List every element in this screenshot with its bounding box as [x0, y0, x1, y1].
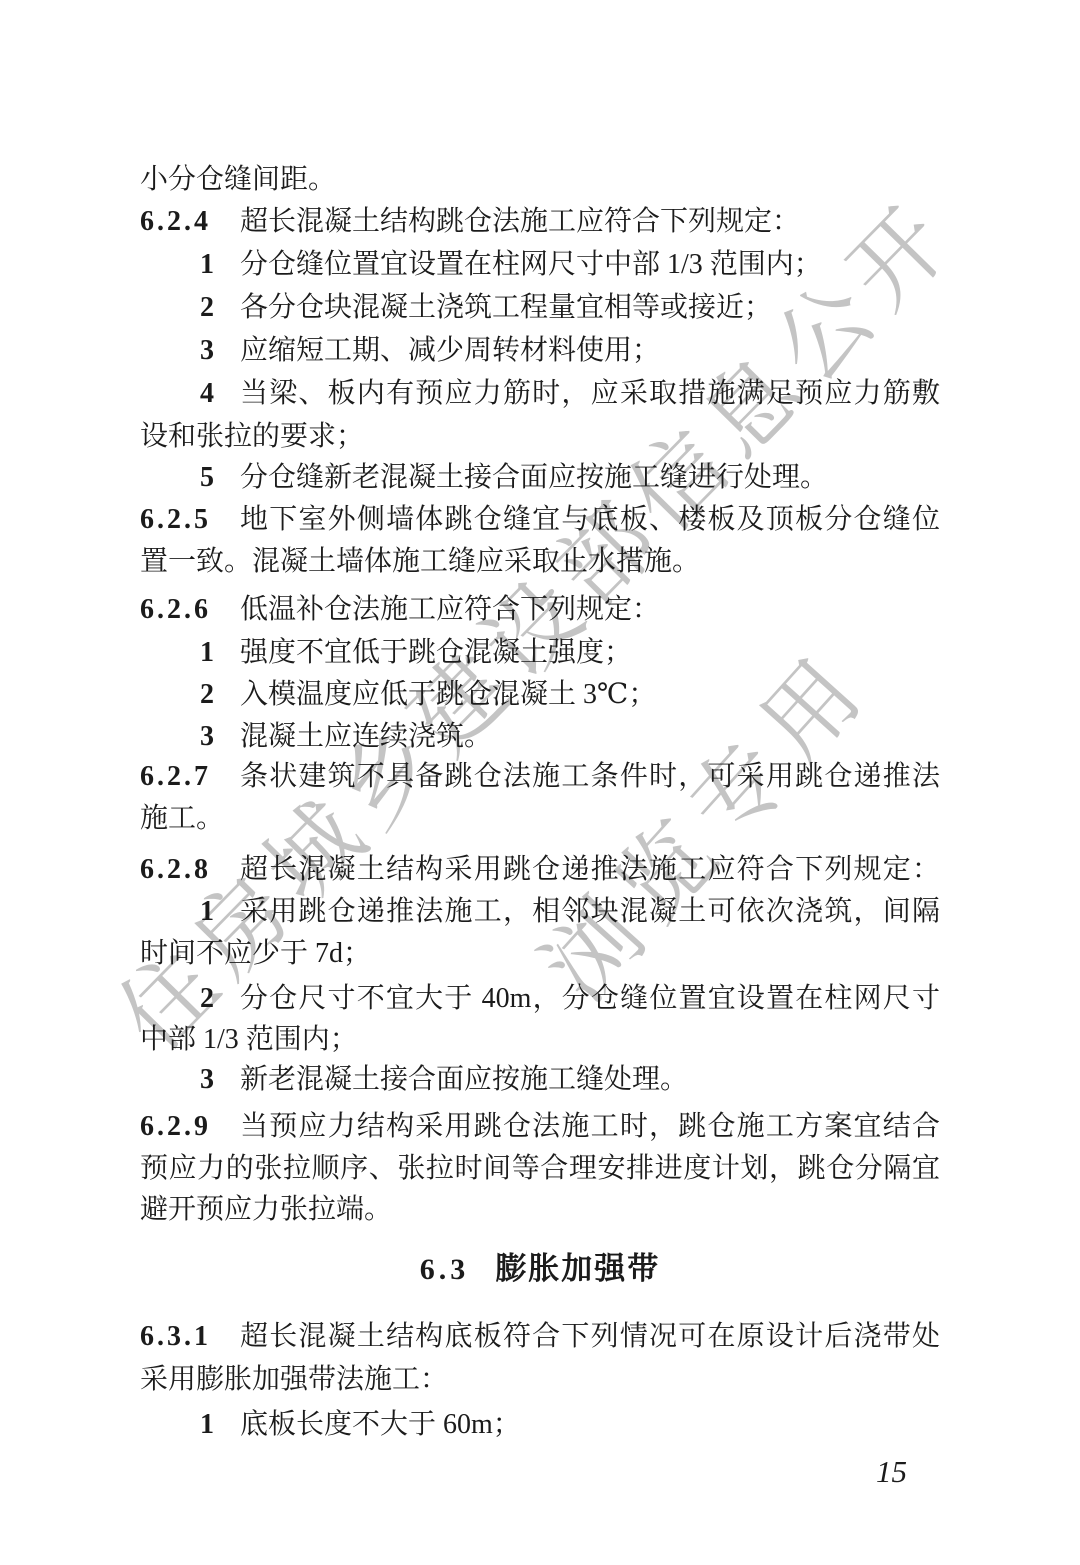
line-text: 超长混凝土结构底板符合下列情况可在原设计后浇带处	[240, 1320, 940, 1354]
clause-number: 3	[140, 334, 240, 368]
document-page: 住房城乡建设部信息公开 浏览专用 6.3膨胀加强带 15 小分仓缝间距。6.2.…	[0, 0, 1080, 1565]
line-text: 采用膨胀加强带法施工：	[140, 1363, 940, 1397]
text-line: 2分仓尺寸不宜大于 40m，分仓缝位置宜设置在柱网尺寸	[140, 982, 940, 1016]
line-text: 应缩短工期、减少周转材料使用；	[240, 334, 940, 368]
clause-number: 6.2.5	[140, 503, 240, 537]
text-line: 6.2.9当预应力结构采用跳仓法施工时，跳仓施工方案宜结合	[140, 1110, 940, 1144]
text-line: 2入模温度应低于跳仓混凝土 3℃；	[140, 678, 940, 712]
clause-number: 6.2.6	[140, 593, 240, 627]
clause-number: 6.2.7	[140, 760, 240, 794]
line-text: 底板长度不大于 60m；	[240, 1408, 940, 1442]
text-line: 避开预应力张拉端。	[140, 1193, 940, 1227]
line-text: 时间不应少于 7d；	[140, 937, 940, 971]
clause-number: 6.2.9	[140, 1110, 240, 1144]
line-text: 当预应力结构采用跳仓法施工时，跳仓施工方案宜结合	[240, 1110, 940, 1144]
text-line: 预应力的张拉顺序、张拉时间等合理安排进度计划，跳仓分隔宜	[140, 1152, 940, 1186]
line-text: 入模温度应低于跳仓混凝土 3℃；	[240, 678, 940, 712]
text-line: 小分仓缝间距。	[140, 163, 940, 197]
text-line: 置一致。混凝土墙体施工缝应采取止水措施。	[140, 545, 940, 579]
clause-number: 3	[140, 720, 240, 754]
text-line: 施工。	[140, 802, 940, 836]
text-line: 3新老混凝土接合面应按施工缝处理。	[140, 1063, 940, 1097]
text-line: 6.2.5地下室外侧墙体跳仓缝宜与底板、楼板及顶板分仓缝位	[140, 503, 940, 537]
text-line: 5分仓缝新老混凝土接合面应按施工缝进行处理。	[140, 461, 940, 495]
clause-number: 5	[140, 461, 240, 495]
line-text: 混凝土应连续浇筑。	[240, 720, 940, 754]
section-heading-number: 6.3	[420, 1253, 470, 1286]
line-text: 分仓缝新老混凝土接合面应按施工缝进行处理。	[240, 461, 940, 495]
text-line: 采用膨胀加强带法施工：	[140, 1363, 940, 1397]
text-layer: 6.3膨胀加强带 15 小分仓缝间距。6.2.4超长混凝土结构跳仓法施工应符合下…	[0, 0, 1080, 1565]
line-text: 设和张拉的要求；	[140, 420, 940, 454]
text-line: 3混凝土应连续浇筑。	[140, 720, 940, 754]
section-heading: 6.3膨胀加强带	[0, 1251, 1080, 1293]
text-line: 6.2.4超长混凝土结构跳仓法施工应符合下列规定：	[140, 205, 940, 239]
text-line: 6.2.6低温补仓法施工应符合下列规定：	[140, 593, 940, 627]
line-text: 分仓缝位置宜设置在柱网尺寸中部 1/3 范围内；	[240, 248, 940, 282]
text-line: 1采用跳仓递推法施工，相邻块混凝土可依次浇筑，间隔	[140, 895, 940, 929]
clause-number: 3	[140, 1063, 240, 1097]
clause-number: 2	[140, 291, 240, 325]
text-line: 6.2.7条状建筑不具备跳仓法施工条件时，可采用跳仓递推法	[140, 760, 940, 794]
clause-number: 6.2.4	[140, 205, 240, 239]
section-heading-title: 膨胀加强带	[495, 1251, 660, 1286]
text-line: 4当梁、板内有预应力筋时，应采取措施满足预应力筋敷	[140, 377, 940, 411]
line-text: 预应力的张拉顺序、张拉时间等合理安排进度计划，跳仓分隔宜	[140, 1152, 940, 1186]
text-line: 1强度不宜低于跳仓混凝土强度；	[140, 636, 940, 670]
clause-number: 6.2.8	[140, 853, 240, 887]
line-text: 超长混凝土结构跳仓法施工应符合下列规定：	[240, 205, 940, 239]
page-number: 15	[876, 1455, 907, 1489]
line-text: 地下室外侧墙体跳仓缝宜与底板、楼板及顶板分仓缝位	[240, 503, 940, 537]
line-text: 各分仓块混凝土浇筑工程量宜相等或接近；	[240, 291, 940, 325]
text-line: 中部 1/3 范围内；	[140, 1023, 940, 1057]
line-text: 施工。	[140, 802, 940, 836]
clause-number: 4	[140, 377, 240, 411]
text-line: 6.2.8超长混凝土结构采用跳仓递推法施工应符合下列规定：	[140, 853, 940, 887]
text-line: 1底板长度不大于 60m；	[140, 1408, 940, 1442]
text-line: 设和张拉的要求；	[140, 420, 940, 454]
text-line: 1分仓缝位置宜设置在柱网尺寸中部 1/3 范围内；	[140, 248, 940, 282]
line-text: 强度不宜低于跳仓混凝土强度；	[240, 636, 940, 670]
text-line: 3应缩短工期、减少周转材料使用；	[140, 334, 940, 368]
clause-number: 1	[140, 248, 240, 282]
line-text: 中部 1/3 范围内；	[140, 1023, 940, 1057]
clause-number: 1	[140, 636, 240, 670]
line-text: 超长混凝土结构采用跳仓递推法施工应符合下列规定：	[240, 853, 940, 887]
line-text: 分仓尺寸不宜大于 40m，分仓缝位置宜设置在柱网尺寸	[240, 982, 940, 1016]
clause-number: 2	[140, 982, 240, 1016]
clause-number: 2	[140, 678, 240, 712]
text-line: 2各分仓块混凝土浇筑工程量宜相等或接近；	[140, 291, 940, 325]
clause-number: 1	[140, 1408, 240, 1442]
clause-number: 1	[140, 895, 240, 929]
line-text: 低温补仓法施工应符合下列规定：	[240, 593, 940, 627]
line-text: 避开预应力张拉端。	[140, 1193, 940, 1227]
clause-number: 6.3.1	[140, 1320, 240, 1354]
line-text: 新老混凝土接合面应按施工缝处理。	[240, 1063, 940, 1097]
text-line: 6.3.1超长混凝土结构底板符合下列情况可在原设计后浇带处	[140, 1320, 940, 1354]
line-text: 条状建筑不具备跳仓法施工条件时，可采用跳仓递推法	[240, 760, 940, 794]
line-text: 当梁、板内有预应力筋时，应采取措施满足预应力筋敷	[240, 377, 940, 411]
text-line: 时间不应少于 7d；	[140, 937, 940, 971]
line-text: 置一致。混凝土墙体施工缝应采取止水措施。	[140, 545, 940, 579]
line-text: 小分仓缝间距。	[140, 163, 940, 197]
line-text: 采用跳仓递推法施工，相邻块混凝土可依次浇筑，间隔	[240, 895, 940, 929]
